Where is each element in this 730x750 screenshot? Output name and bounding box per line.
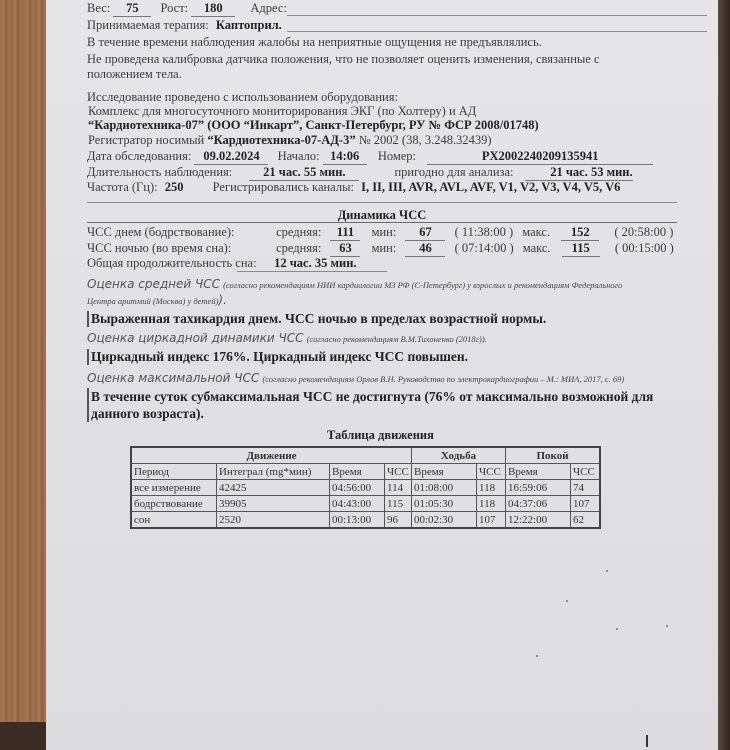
exam-date: 09.02.2024 [194,148,268,165]
equipment-line2: “Кардиотехника-07” (ООО “Инкарт”, Санкт-… [88,117,539,133]
frequency-value: 250 [165,180,184,194]
desk-edge-right [718,0,730,750]
exam-number: PX2002240209135941 [427,148,653,165]
table-row: сон252000:13:009600:02:3010712:22:0062 [131,512,600,529]
hr-day-row: ЧСС днем (бодрствование): средняя: 111 м… [87,224,673,241]
desk-shadow [0,722,48,750]
therapy-value: Каптоприл. [216,18,282,32]
height-value: 180 [191,0,235,17]
therapy-row: Принимаемая терапия: Каптоприл. [87,17,282,33]
calibration-note-line1: Не проведена калибровка датчика положени… [87,51,600,67]
frequency-row: Частота (Гц): 250 Регистрировались канал… [87,179,620,195]
exam-start: 14:06 [323,148,367,165]
max-hr-assessment-title: Оценка максимальной ЧСС (согласно рекоме… [87,370,624,387]
pen-mark [646,735,648,747]
table-row: бодрствование3990504:43:0011501:05:30118… [131,496,600,512]
section-divider [87,202,677,203]
circadian-conclusion: Циркадный индекс 176%. Циркадный индекс … [87,349,468,365]
max-hr-conclusion: В течение суток субмаксимальная ЧСС не д… [87,388,653,422]
therapy-underline [287,31,707,32]
avg-hr-conclusion: Выраженная тахикардия днем. ЧСС ночью в … [87,311,546,327]
recorder-line: Регистратор носимый “Кардиотехника-07-АД… [88,132,492,148]
table-row: все измерение4242504:56:0011401:08:00118… [131,480,600,496]
address-underline [287,15,707,16]
complaints-note: В течение времени наблюдения жалобы на н… [87,34,542,50]
avg-hr-assessment-title: Оценка средней ЧСС (согласно рекомендаци… [87,276,622,293]
sleep-duration-value: 12 час. 35 мин. [274,256,356,270]
patient-vitals: Вес: 75 Рост: 180 Адрес: [87,0,287,17]
calibration-note-line2: положением тела. [87,66,182,82]
channels-value: I, II, III, AVR, AVL, AVF, V1, V2, V3, V… [361,180,620,194]
hr-dynamics-title: Динамика ЧСС [87,207,677,223]
report-page: Вес: 75 Рост: 180 Адрес: Принимаемая тер… [46,0,718,750]
movement-table-title: Таблица движения [327,427,434,443]
circadian-assessment-title: Оценка циркадной динамики ЧСС (согласно … [87,330,487,347]
weight-value: 75 [113,0,151,17]
table-group-header: Движение Ходьба Покой [131,447,600,464]
movement-table: Движение Ходьба Покой Период Интеграл (m… [130,446,601,529]
sleep-duration-row: Общая продолжительность сна: 12 час. 35 … [87,255,357,271]
table-column-header: Период Интеграл (mg*мин) Время ЧСС Время… [131,464,600,480]
exam-date-row: Дата обследования: 09.02.2024 Начало: 14… [87,148,653,165]
wooden-desk-surface [0,0,48,722]
